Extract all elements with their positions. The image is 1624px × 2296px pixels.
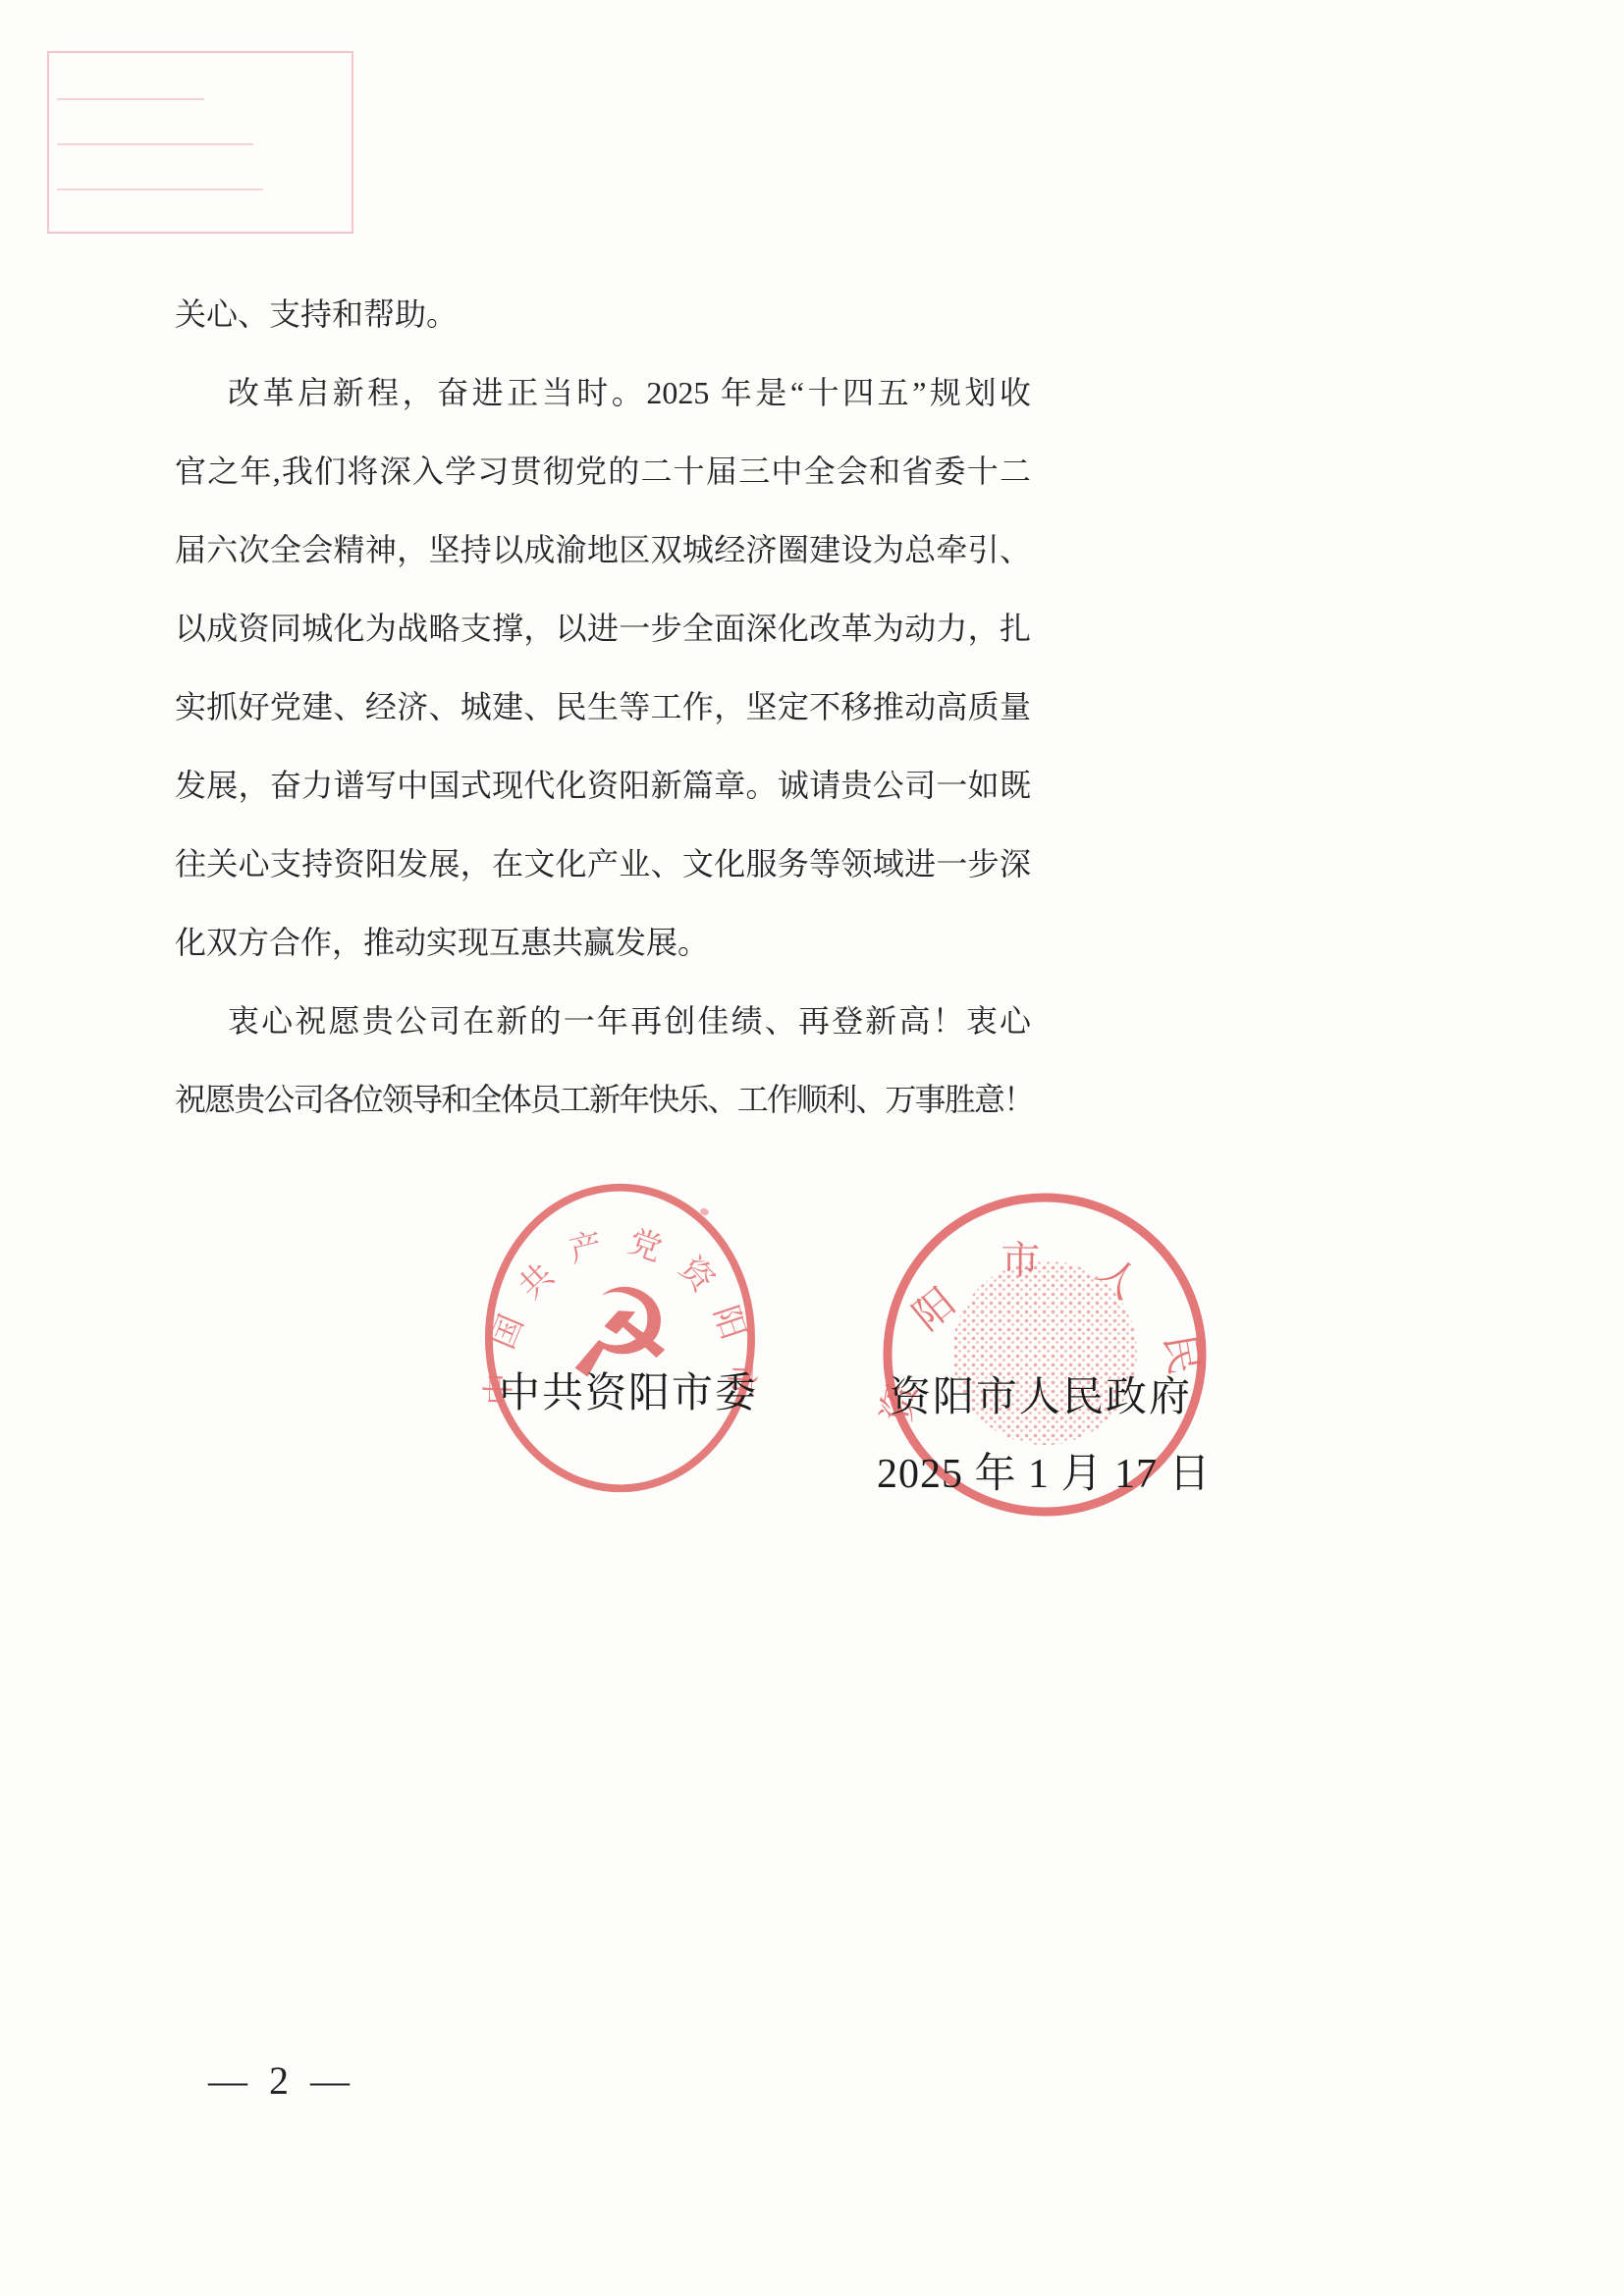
faint-stamp-line (57, 143, 253, 145)
body-line: 官之年,我们将深入学习贯彻党的二十届三中全会和省委十二 (175, 432, 1031, 510)
letter-body: 关心、支持和帮助。 改革启新程，奋进正当时。2025 年是“十四五”规划收 官之… (175, 275, 1031, 1139)
faint-stamp-line (57, 188, 263, 190)
letter-page: 关心、支持和帮助。 改革启新程，奋进正当时。2025 年是“十四五”规划收 官之… (0, 0, 1624, 2296)
faint-stamp-line (57, 98, 204, 100)
body-line: 实抓好党建、经济、城建、民生等工作，坚定不移推动高质量 (175, 667, 1031, 746)
body-line: 化双方合作，推动实现互惠共赢发展。 (175, 903, 1031, 982)
body-line: 改革启新程，奋进正当时。2025 年是“十四五”规划收 (175, 353, 1031, 432)
body-line: 发展，奋力谱写中国式现代化资阳新篇章。诚请贵公司一如既 (175, 746, 1031, 825)
faint-received-stamp (47, 51, 353, 234)
date-line: 2025 年 1 月 17 日 (877, 1441, 1212, 1500)
body-line: 往关心支持资阳发展，在文化产业、文化服务等领域进一步深 (175, 825, 1031, 903)
body-line: 祝愿贵公司各位领导和全体员工新年快乐、工作顺利、万事胜意！ (175, 1060, 1031, 1139)
party-signature: 中共资阳市委 (499, 1361, 758, 1419)
body-line: 衷心祝愿贵公司在新的一年再创佳绩、再登新高！衷心 (175, 982, 1031, 1060)
party-committee-seal: 中国共产党资阳市委员会 ☭ (475, 1174, 765, 1502)
body-line: 以成资同城化为战略支撑，以进一步全面深化改革为动力，扎 (175, 589, 1031, 667)
page-number: — 2 — (208, 2057, 355, 2104)
body-line: 届六次全会精神，坚持以成渝地区双城经济圈建设为总牵引、 (175, 510, 1031, 589)
government-signature: 资阳市人民政府 (890, 1364, 1192, 1423)
body-line: 关心、支持和帮助。 (175, 275, 1031, 353)
